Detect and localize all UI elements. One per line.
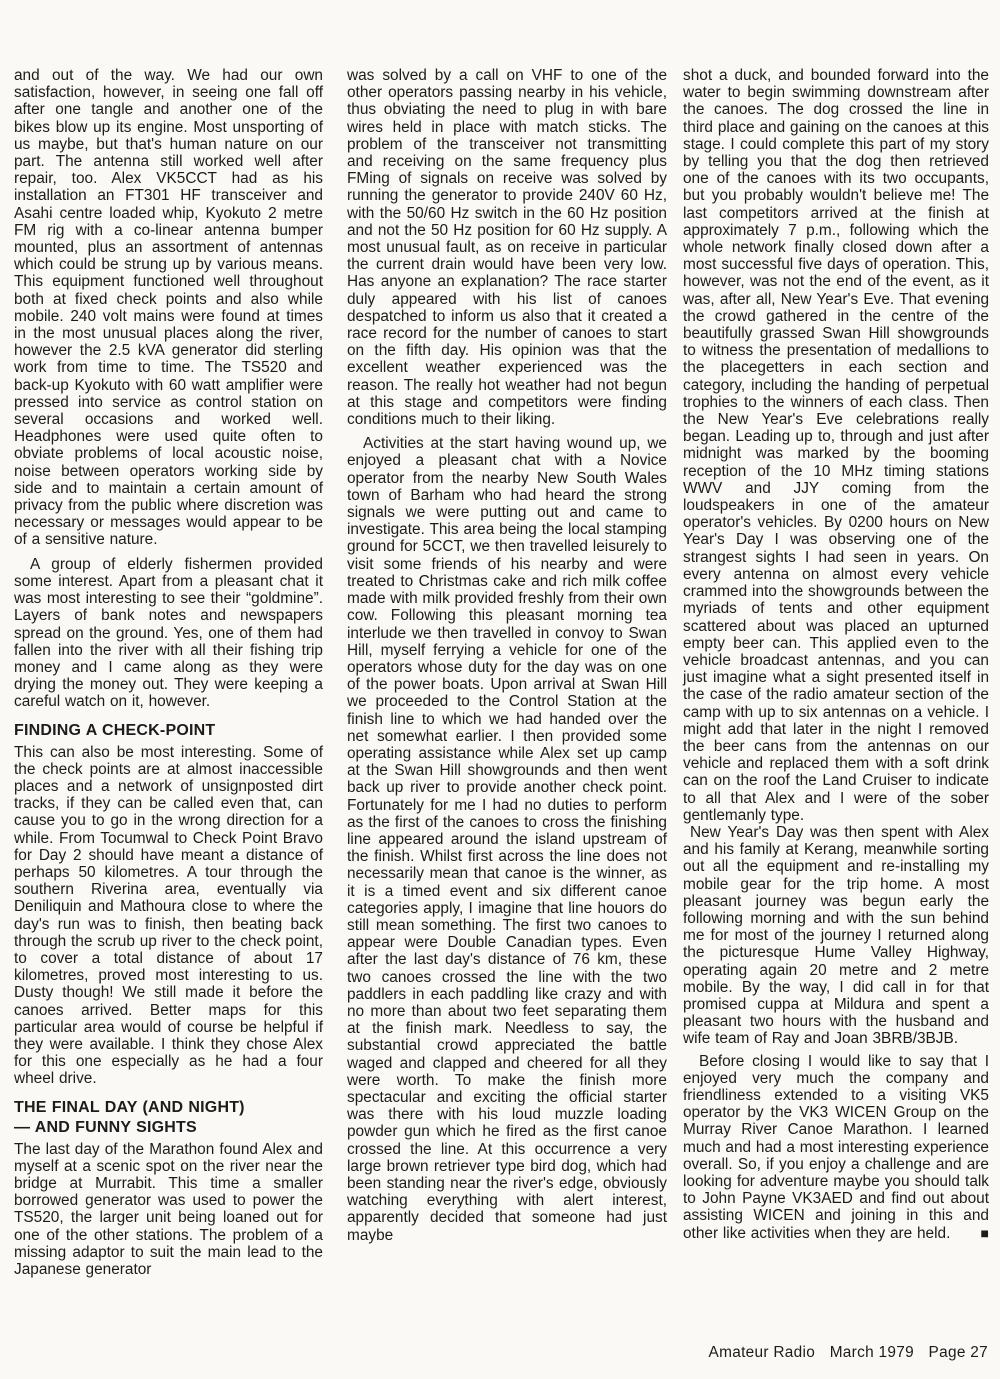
end-of-article-marker: ■ bbox=[965, 1225, 989, 1242]
page-footer: Amateur Radio March 1979 Page 27 bbox=[709, 1344, 988, 1362]
paragraph: Activities at the start having wound up,… bbox=[347, 435, 667, 1244]
heading-line: FINDING A CHECK-POINT bbox=[14, 721, 323, 741]
heading-line: THE FINAL DAY (AND NIGHT) bbox=[14, 1098, 323, 1118]
section-heading-finding-a-check-point: FINDING A CHECK-POINT bbox=[14, 721, 323, 741]
text-column-2: was solved by a call on VHF to one of th… bbox=[347, 67, 667, 1244]
paragraph: New Year's Day was then spent with Alex … bbox=[683, 824, 989, 1048]
heading-line: — AND FUNNY SIGHTS bbox=[14, 1118, 323, 1138]
paragraph: shot a duck, and bounded forward into th… bbox=[683, 67, 989, 824]
paragraph: was solved by a call on VHF to one of th… bbox=[347, 67, 667, 428]
footer-magazine-title: Amateur Radio bbox=[709, 1344, 816, 1361]
footer-issue-date: March 1979 bbox=[830, 1344, 914, 1361]
text-column-1: and out of the way. We had our own satis… bbox=[14, 67, 323, 1278]
text-column-3: shot a duck, and bounded forward into th… bbox=[683, 67, 989, 1242]
paragraph: The last day of the Marathon found Alex … bbox=[14, 1141, 323, 1279]
section-heading-the-final-day: THE FINAL DAY (AND NIGHT) — AND FUNNY SI… bbox=[14, 1098, 323, 1138]
paragraph: This can also be most interesting. Some … bbox=[14, 744, 323, 1088]
footer-page-number: Page 27 bbox=[929, 1344, 988, 1361]
paragraph: and out of the way. We had our own satis… bbox=[14, 67, 323, 549]
paragraph: A group of elderly fishermen provided so… bbox=[14, 556, 323, 711]
paragraph: Before closing I would like to say that … bbox=[683, 1053, 989, 1242]
magazine-page: and out of the way. We had our own satis… bbox=[0, 0, 1000, 1379]
paragraph-text: Before closing I would like to say that … bbox=[683, 1053, 989, 1242]
